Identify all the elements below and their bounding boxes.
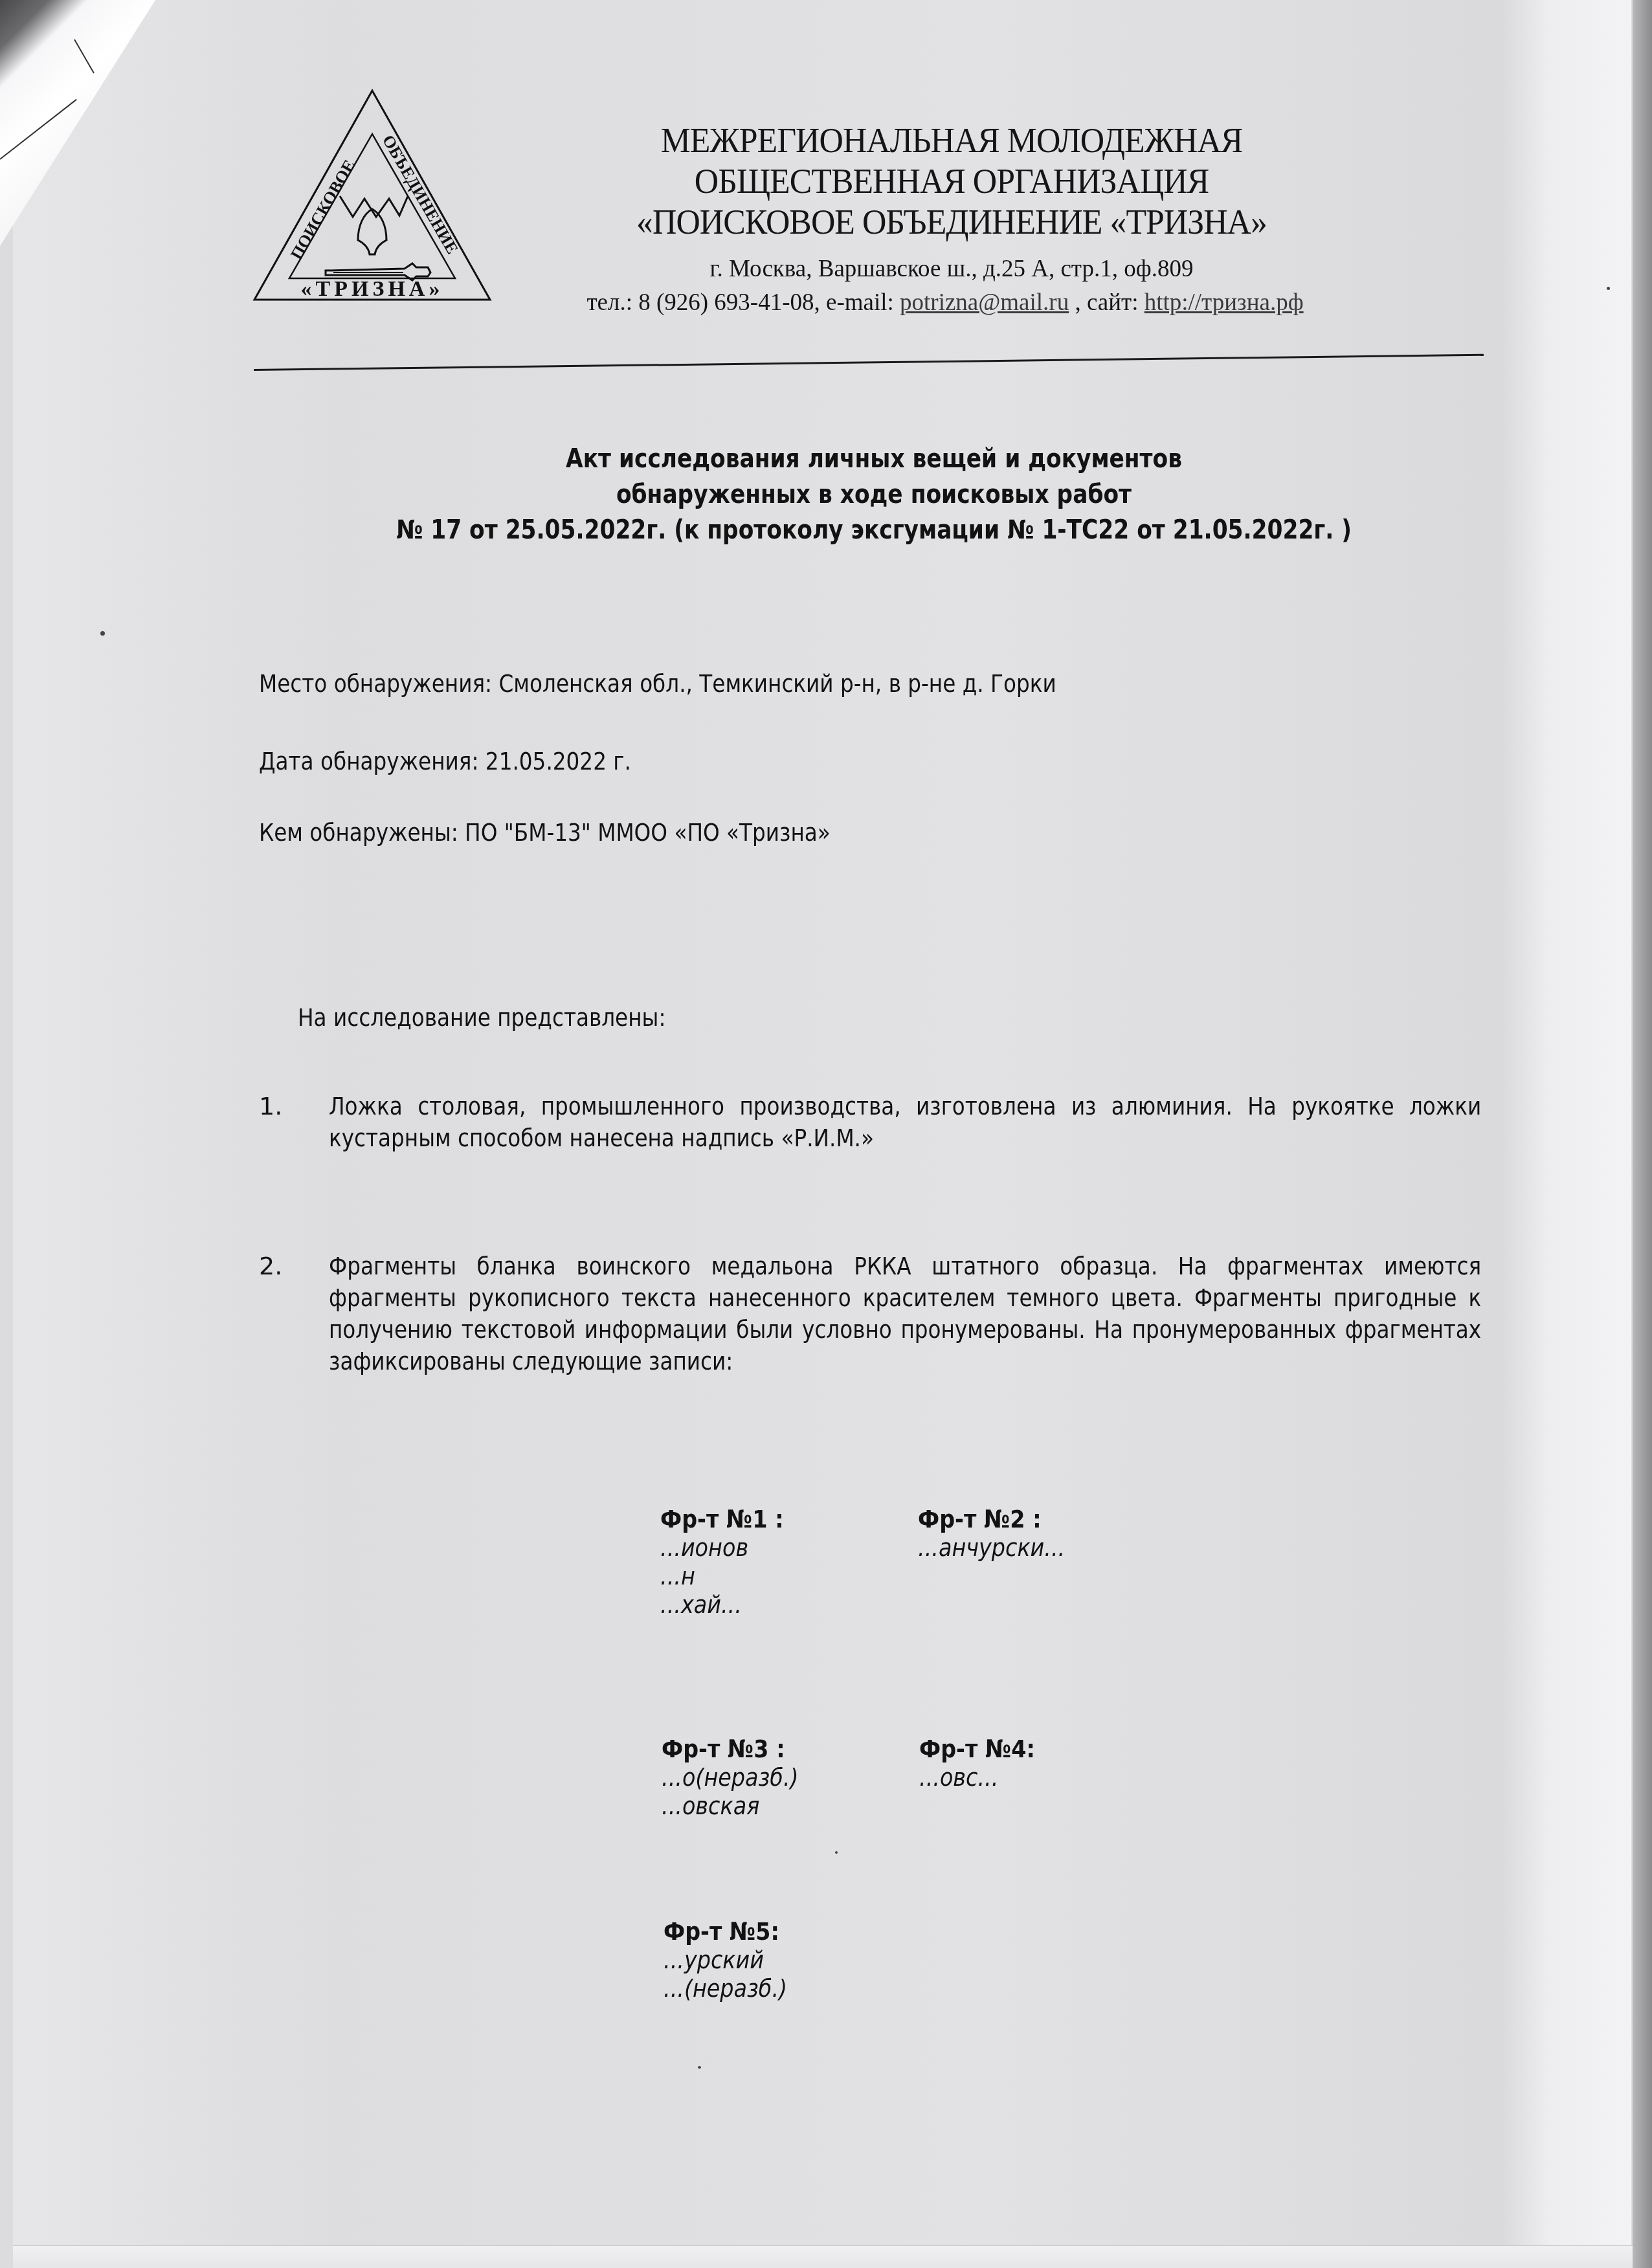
organization-address: г. Москва, Варшавское ш., д.25 А, стр.1,… — [518, 256, 1385, 283]
fragment-text: ...овс... — [919, 1763, 1035, 1792]
scan-speck — [698, 2066, 701, 2069]
discovery-place: Место обнаружения: Смоленская обл., Темк… — [259, 669, 1056, 698]
site-label: , сайт: — [1069, 289, 1144, 316]
phone-text: тел.: 8 (926) 693-41-08, e-mail: — [586, 289, 900, 316]
fragment-label: Фр-т №4: — [919, 1735, 1035, 1763]
scan-speck — [100, 631, 105, 636]
page-edge-shadow — [1633, 0, 1652, 2268]
act-title-line: Акт исследования личных вещей и документ… — [345, 441, 1403, 477]
fragment-text: ...хай... — [660, 1590, 784, 1619]
scan-speck — [835, 1851, 838, 1854]
fragment-text: ...о(неразб.) — [662, 1763, 799, 1792]
list-item: 1. Ложка столовая, промышленного произво… — [259, 1091, 1528, 1154]
organization-logo-icon: ПОИСКОВОЕ ОБЪЕДИНЕНИЕ «ТРИЗНА» — [249, 87, 495, 307]
fragment-1: Фр-т №1 : ...ионов ...н ...хай... — [660, 1505, 801, 1619]
fragment-5: Фр-т №5: ...урский ...(неразб.) — [664, 1917, 804, 2003]
list-item: 2. Фрагменты бланка воинского медальона … — [259, 1251, 1528, 1377]
item-text: Ложка столовая, промышленного производст… — [329, 1091, 1481, 1154]
items-intro: На исследование представлены: — [298, 1003, 665, 1032]
fragment-text: ...анчурски... — [918, 1533, 1065, 1562]
fragment-text: ...овская — [662, 1792, 799, 1820]
organization-name: МЕЖРЕГИОНАЛЬНАЯ МОЛОДЕЖНАЯ ОБЩЕСТВЕННАЯ … — [544, 120, 1359, 242]
fragment-label: Фр-т №5: — [664, 1917, 787, 1946]
fragment-2: Фр-т №2 : ...анчурски... — [918, 1505, 1085, 1562]
logo-bottom-text: «ТРИЗНА» — [301, 277, 444, 301]
fragment-text: ...урский — [664, 1946, 787, 1974]
logo-right-text: ОБЪЕДИНЕНИЕ — [379, 132, 462, 258]
item-number: 2. — [259, 1251, 282, 1282]
fragment-label: Фр-т №3 : — [662, 1735, 799, 1763]
org-name-line: ОБЩЕСТВЕННАЯ ОРГАНИЗАЦИЯ — [544, 161, 1359, 201]
fragment-text: ...(неразб.) — [664, 1974, 787, 2003]
fragment-text: ...ионов — [660, 1533, 784, 1562]
page-bottom-edge — [13, 2245, 1633, 2268]
fragment-4: Фр-т №4: ...овс... — [919, 1735, 1051, 1792]
fragment-text: ...н — [660, 1562, 784, 1590]
item-number: 1. — [259, 1091, 282, 1122]
scan-speck — [1607, 287, 1610, 290]
organization-contacts: тел.: 8 (926) 693-41-08, e-mail: potrizn… — [492, 289, 1398, 317]
website-link[interactable]: http://тризна.рф — [1144, 289, 1304, 316]
act-title-line: обнаруженных в ходе поисковых работ — [345, 477, 1403, 513]
org-name-line: «ПОИСКОВОЕ ОБЪЕДИНЕНИЕ «ТРИЗНА» — [544, 201, 1359, 242]
item-text: Фрагменты бланка воинского медальона РКК… — [329, 1251, 1481, 1377]
discovered-by: Кем обнаружены: ПО "БМ-13" ММОО «ПО «Три… — [259, 817, 831, 847]
email-link[interactable]: potrizna@mail.ru — [900, 289, 1069, 316]
act-title: Акт исследования личных вещей и документ… — [345, 441, 1403, 548]
org-name-line: МЕЖРЕГИОНАЛЬНАЯ МОЛОДЕЖНАЯ — [544, 120, 1359, 161]
fragment-label: Фр-т №1 : — [660, 1505, 784, 1533]
discovery-date: Дата обнаружения: 21.05.2022 г. — [259, 746, 631, 776]
fragment-label: Фр-т №2 : — [918, 1505, 1065, 1533]
fragment-3: Фр-т №3 : ...о(неразб.) ...овская — [662, 1735, 818, 1820]
act-number-line: № 17 от 25.05.2022г. (к протоколу эксгум… — [345, 513, 1403, 548]
